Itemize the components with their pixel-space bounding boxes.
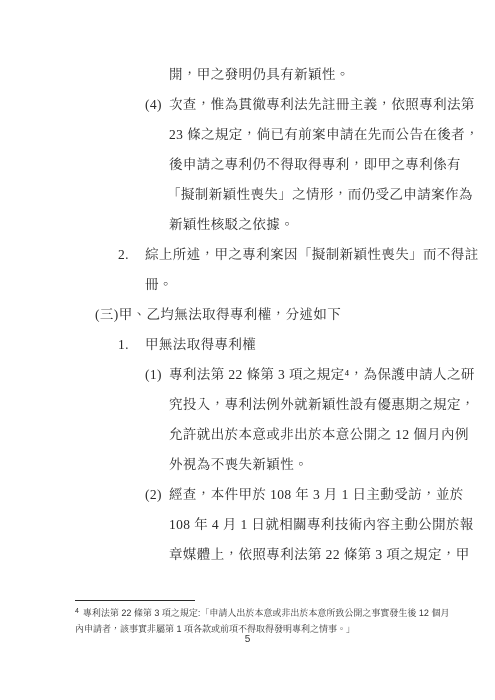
line-text: 允許就出於本意或非出於本意公開之 12 個月內例 <box>169 420 469 450</box>
document-line: 外視為不喪失新穎性。 <box>169 450 308 480</box>
line-text: 冊。 <box>145 270 173 300</box>
document-line: 2.綜上所述，甲之專利案因「擬制新穎性喪失」而不得註 <box>118 240 479 270</box>
line-text: 次查，惟為貫徹專利法先註冊主義，依照專利法第 <box>169 90 475 120</box>
list-marker: 2. <box>118 240 145 270</box>
document-line: 允許就出於本意或非出於本意公開之 12 個月內例 <box>169 420 469 450</box>
document-line: 章媒體上，依照專利法第 22 條第 3 項之規定，甲 <box>169 540 470 570</box>
footnote-text: 內申請者，該事實非屬第 1 項各款或前項不得取得發明專利之情事。」 <box>75 624 355 634</box>
footnote-text: 專利法第 22 條第 3 項之規定:「申請人出於本意或非出於本意所致公開之事實發… <box>83 608 450 618</box>
line-text: 外視為不喪失新穎性。 <box>169 450 308 480</box>
document-line: 冊。 <box>145 270 173 300</box>
document-line: (1)專利法第 22 條第 3 項之規定⁴，為保護申請人之研 <box>145 360 475 390</box>
line-text: 綜上所述，甲之專利案因「擬制新穎性喪失」而不得註 <box>145 240 479 270</box>
document-line: (三)甲、乙均無法取得專利權，分述如下 <box>95 300 341 330</box>
line-text: 甲、乙均無法取得專利權，分述如下 <box>119 300 341 330</box>
line-text: 專利法第 22 條第 3 項之規定⁴，為保護申請人之研 <box>169 360 475 390</box>
list-marker: 1. <box>118 330 145 360</box>
line-text: 經查，本件甲於 108 年 3 月 1 日主動受訪，並於 <box>169 480 464 510</box>
line-text: 「擬制新穎性喪失」之情形，而仍受乙申請案作為 <box>167 180 473 210</box>
document-line: 開，甲之發明仍具有新穎性。 <box>169 60 350 90</box>
document-page: 開，甲之發明仍具有新穎性。 (4)次查，惟為貫徹專利法先註冊主義，依照專利法第 … <box>0 0 495 700</box>
document-line: 後申請之專利仍不得取得專利，即甲之專利係有 <box>169 150 461 180</box>
document-line: 新穎性核駁之依據。 <box>169 210 294 240</box>
line-text: 後申請之專利仍不得取得專利，即甲之專利係有 <box>169 150 461 180</box>
list-marker: (1) <box>145 360 169 390</box>
line-text: 章媒體上，依照專利法第 22 條第 3 項之規定，甲 <box>169 540 470 570</box>
line-text: 甲無法取得專利權 <box>145 330 256 360</box>
page-number: 5 <box>0 634 495 645</box>
document-line: (4)次查，惟為貫徹專利法先註冊主義，依照專利法第 <box>145 90 475 120</box>
document-line: (2)經查，本件甲於 108 年 3 月 1 日主動受訪，並於 <box>145 480 464 510</box>
line-text: 究投入，專利法例外就新穎性設有優惠期之規定， <box>169 390 475 420</box>
document-line: 23 條之規定，倘已有前案申請在先而公告在後者， <box>169 120 479 150</box>
document-line: 108 年 4 月 1 日就相關專利技術內容主動公開於報 <box>169 510 474 540</box>
line-text: 108 年 4 月 1 日就相關專利技術內容主動公開於報 <box>169 510 474 540</box>
document-line: 究投入，專利法例外就新穎性設有優惠期之規定， <box>169 390 475 420</box>
footnote-marker: 4 <box>75 608 79 615</box>
footnote-line: 4專利法第 22 條第 3 項之規定:「申請人出於本意或非出於本意所致公開之事實… <box>75 605 427 621</box>
list-marker: (三) <box>95 300 119 330</box>
line-text: 開，甲之發明仍具有新穎性。 <box>169 60 350 90</box>
list-marker: (4) <box>145 90 169 120</box>
line-text: 23 條之規定，倘已有前案申請在先而公告在後者， <box>169 120 479 150</box>
footnote: 4專利法第 22 條第 3 項之規定:「申請人出於本意或非出於本意所致公開之事實… <box>75 605 427 637</box>
list-marker: (2) <box>145 480 169 510</box>
document-line: 「擬制新穎性喪失」之情形，而仍受乙申請案作為 <box>167 180 473 210</box>
footnote-separator <box>75 600 195 601</box>
line-text: 新穎性核駁之依據。 <box>169 210 294 240</box>
document-line: 1.甲無法取得專利權 <box>118 330 256 360</box>
